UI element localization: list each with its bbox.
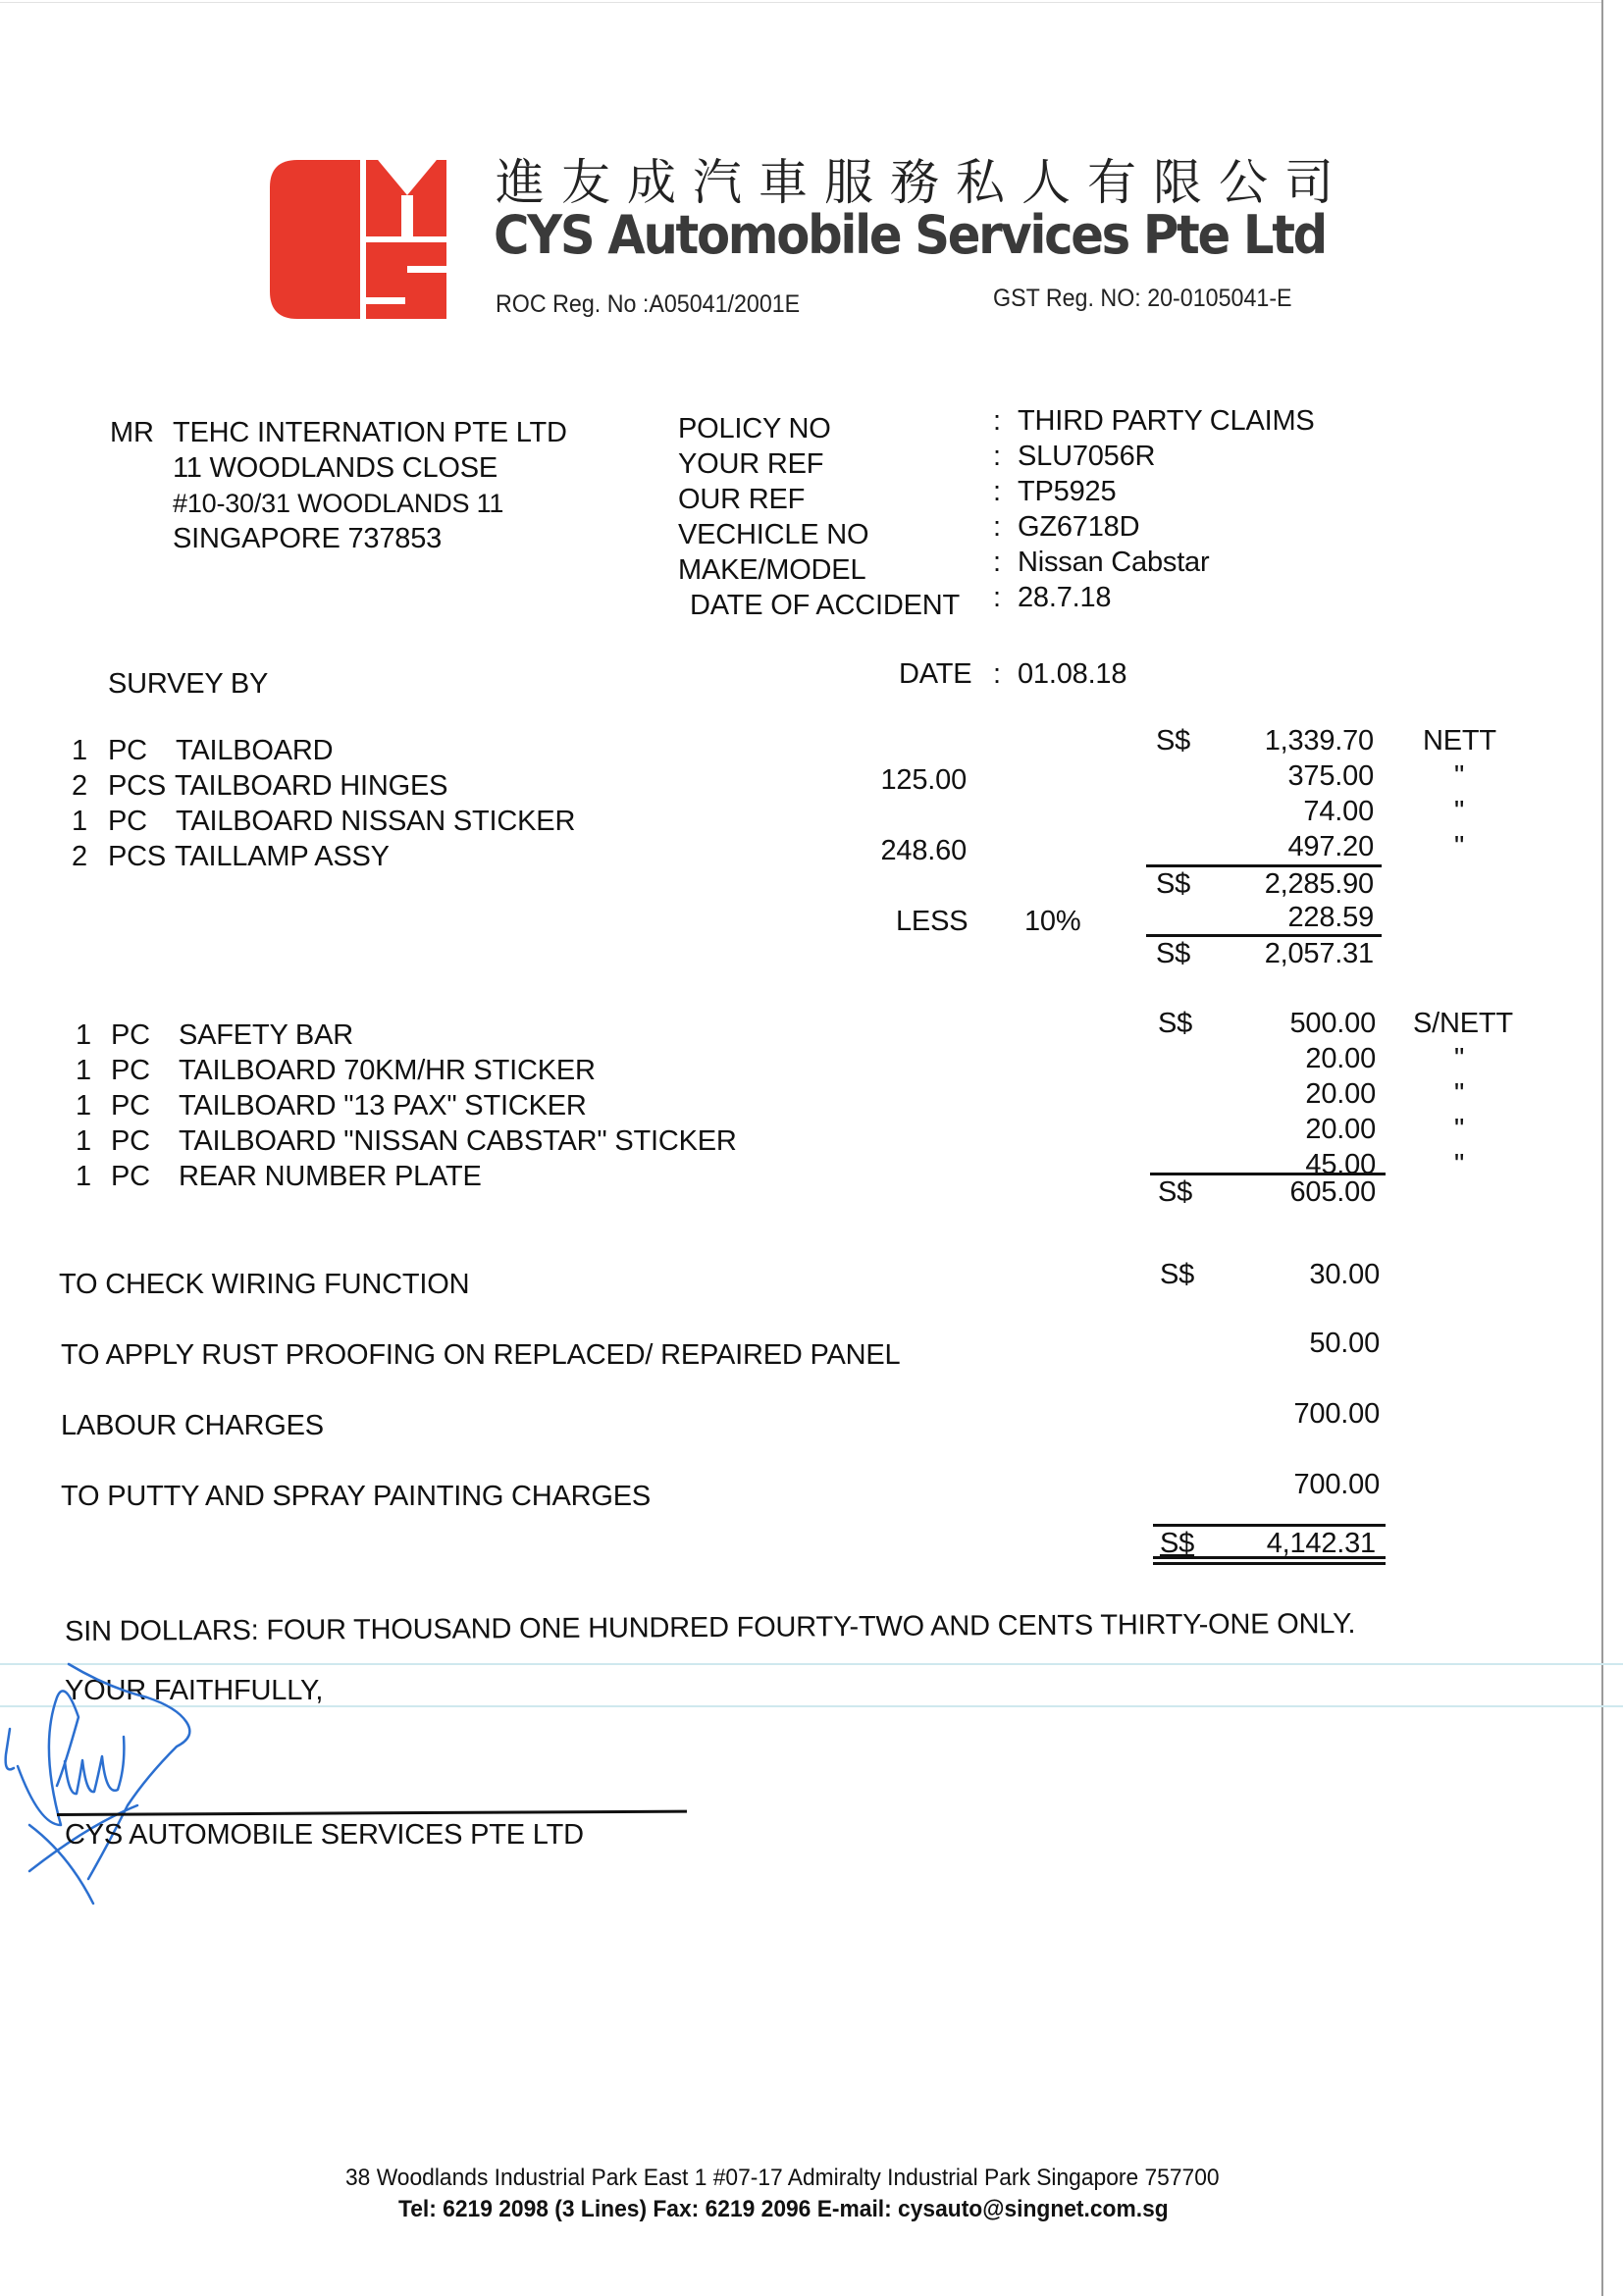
item-amount: 375.00: [1207, 759, 1374, 793]
item-note: ": [1454, 1077, 1464, 1111]
reference-value: TP5925: [1018, 475, 1116, 508]
item-unit: PC: [111, 1054, 150, 1087]
recipient-line: 11 WOODLANDS CLOSE: [173, 451, 497, 485]
item-qty: 1: [76, 1124, 91, 1158]
survey-by-label: SURVEY BY: [108, 667, 268, 701]
reference-colon: :: [993, 404, 1001, 438]
reference-value: SLU7056R: [1018, 440, 1155, 473]
item-qty: 2: [72, 769, 87, 803]
section1-net-total: 2,057.31: [1207, 937, 1374, 970]
grand-total: 4,142.31: [1209, 1527, 1376, 1560]
item-note: NETT: [1423, 724, 1496, 757]
currency-label: S$: [1160, 1527, 1194, 1560]
item-unit: PCS: [108, 769, 166, 803]
item-unit: PC: [108, 734, 147, 767]
date-label: DATE: [899, 657, 971, 691]
currency-label: S$: [1160, 1258, 1194, 1291]
signature-line: [57, 1810, 687, 1816]
item-unit-price: 248.60: [844, 834, 967, 867]
item-qty: 1: [76, 1160, 91, 1193]
reference-label: DATE OF ACCIDENT: [690, 589, 960, 622]
less-amount: 228.59: [1207, 901, 1374, 934]
grand-total-double-rule: [1153, 1562, 1386, 1565]
reference-label: POLICY NO: [678, 412, 831, 445]
item-unit: PC: [111, 1018, 150, 1052]
recipient-line: SINGAPORE 737853: [173, 522, 442, 555]
item-note: ": [1454, 1113, 1464, 1146]
item-description: TAILBOARD "13 PAX" STICKER: [179, 1089, 587, 1122]
less-percent: 10%: [1024, 905, 1080, 938]
item-note: ": [1454, 1148, 1464, 1181]
currency-label: S$: [1156, 724, 1190, 757]
item-description: TAILBOARD 70KM/HR STICKER: [179, 1054, 596, 1087]
reference-value: GZ6718D: [1018, 510, 1139, 544]
item-unit-price: 125.00: [844, 763, 967, 797]
amount-in-words: SIN DOLLARS: FOUR THOUSAND ONE HUNDRED F…: [65, 1607, 1355, 1648]
section2-subtotal: 605.00: [1209, 1175, 1376, 1209]
scan-edge-right: [1601, 0, 1603, 2296]
less-label: LESS: [896, 905, 968, 938]
service-description: TO PUTTY AND SPRAY PAINTING CHARGES: [61, 1480, 651, 1513]
currency-label: S$: [1158, 1007, 1192, 1040]
item-qty: 1: [76, 1089, 91, 1122]
item-amount: 74.00: [1207, 795, 1374, 828]
reference-colon: :: [993, 475, 1001, 508]
signatory-name: CYS AUTOMOBILE SERVICES PTE LTD: [65, 1818, 584, 1852]
service-amount: 30.00: [1213, 1258, 1380, 1291]
date-value: 01.08.18: [1018, 657, 1126, 691]
item-description: TAILLAMP ASSY: [175, 840, 390, 873]
reference-label: OUR REF: [678, 483, 805, 516]
item-description: REAR NUMBER PLATE: [179, 1160, 482, 1193]
item-description: TAILBOARD: [176, 734, 333, 767]
service-description: TO CHECK WIRING FUNCTION: [59, 1268, 469, 1301]
gst-reg-number: GST Reg. NO: 20-0105041-E: [993, 285, 1292, 313]
item-note: ": [1454, 759, 1464, 793]
item-description: TAILBOARD NISSAN STICKER: [176, 805, 575, 838]
date-colon: :: [993, 657, 1001, 691]
reference-value: 28.7.18: [1018, 581, 1111, 614]
item-qty: 1: [76, 1054, 91, 1087]
footer-contact: Tel: 6219 2098 (3 Lines) Fax: 6219 2096 …: [398, 2196, 1169, 2223]
recipient-line: #10-30/31 WOODLANDS 11: [173, 487, 503, 520]
item-qty: 1: [72, 805, 87, 838]
recipient-salutation: MR: [110, 416, 154, 449]
reference-label: MAKE/MODEL: [678, 553, 865, 587]
reference-colon: :: [993, 510, 1001, 544]
cys-logo-icon: [270, 160, 446, 319]
reference-value: Nissan Cabstar: [1018, 546, 1209, 579]
recipient-line: TEHC INTERNATION PTE LTD: [173, 416, 567, 449]
scan-artifact-line: [0, 1663, 1623, 1665]
service-amount: 700.00: [1213, 1468, 1380, 1501]
section1-subtotal: 2,285.90: [1207, 867, 1374, 901]
item-description: TAILBOARD "NISSAN CABSTAR" STICKER: [179, 1124, 737, 1158]
item-amount: 20.00: [1209, 1042, 1376, 1075]
item-amount: 1,339.70: [1207, 724, 1374, 757]
reference-label: VECHICLE NO: [678, 518, 868, 551]
service-amount: 700.00: [1213, 1397, 1380, 1431]
footer-address: 38 Woodlands Industrial Park East 1 #07-…: [345, 2165, 1220, 2192]
item-unit: PC: [108, 805, 147, 838]
item-amount: 20.00: [1209, 1113, 1376, 1146]
currency-label: S$: [1156, 937, 1190, 970]
item-description: SAFETY BAR: [179, 1018, 353, 1052]
company-english-name: CYS Automobile Services Pte Ltd: [494, 204, 1326, 266]
item-amount: 20.00: [1209, 1077, 1376, 1111]
item-unit: PC: [111, 1089, 150, 1122]
item-amount: 497.20: [1207, 830, 1374, 863]
item-note: ": [1454, 830, 1464, 863]
item-unit: PC: [111, 1160, 150, 1193]
service-description: TO APPLY RUST PROOFING ON REPLACED/ REPA…: [61, 1338, 900, 1372]
item-qty: 1: [72, 734, 87, 767]
roc-reg-number: ROC Reg. No :A05041/2001E: [496, 290, 800, 319]
item-unit: PC: [111, 1124, 150, 1158]
item-note: S/NETT: [1413, 1007, 1513, 1040]
item-note: ": [1454, 1042, 1464, 1075]
item-unit: PCS: [108, 840, 166, 873]
closing-text: YOUR FAITHFULLY,: [65, 1674, 323, 1707]
service-amount: 50.00: [1213, 1327, 1380, 1360]
scan-edge-top: [0, 2, 1601, 3]
item-description: TAILBOARD HINGES: [175, 769, 447, 803]
reference-colon: :: [993, 440, 1001, 473]
service-description: LABOUR CHARGES: [61, 1409, 324, 1442]
item-note: ": [1454, 795, 1464, 828]
currency-label: S$: [1158, 1175, 1192, 1209]
reference-colon: :: [993, 581, 1001, 614]
item-qty: 2: [72, 840, 87, 873]
reference-value: THIRD PARTY CLAIMS: [1018, 404, 1315, 438]
grand-total-double-rule: [1153, 1556, 1386, 1559]
item-qty: 1: [76, 1018, 91, 1052]
currency-label: S$: [1156, 867, 1190, 901]
item-amount: 500.00: [1209, 1007, 1376, 1040]
reference-colon: :: [993, 546, 1001, 579]
reference-label: YOUR REF: [678, 447, 823, 481]
